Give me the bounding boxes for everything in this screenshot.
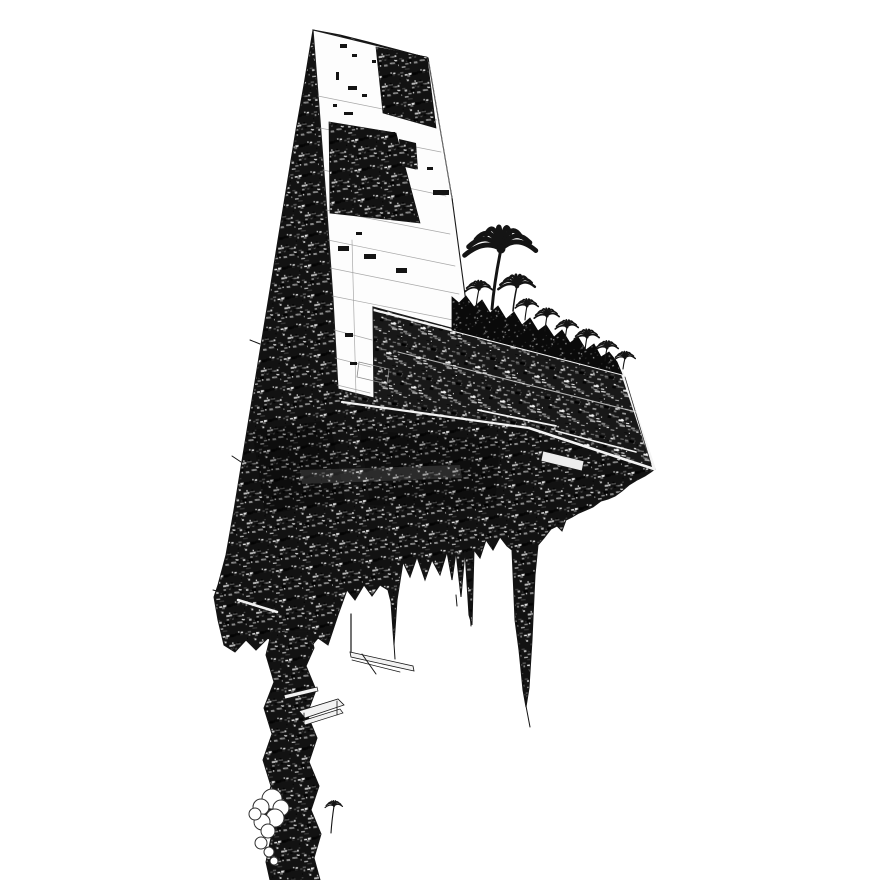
hanging-column (263, 630, 321, 880)
palm-tree-column-tiny (325, 801, 342, 833)
artwork-canvas (0, 0, 880, 880)
mass-shade-patch-1 (252, 420, 345, 515)
face-small-panel (399, 139, 418, 170)
artwork (0, 0, 880, 880)
palm-tree-large (465, 227, 536, 309)
